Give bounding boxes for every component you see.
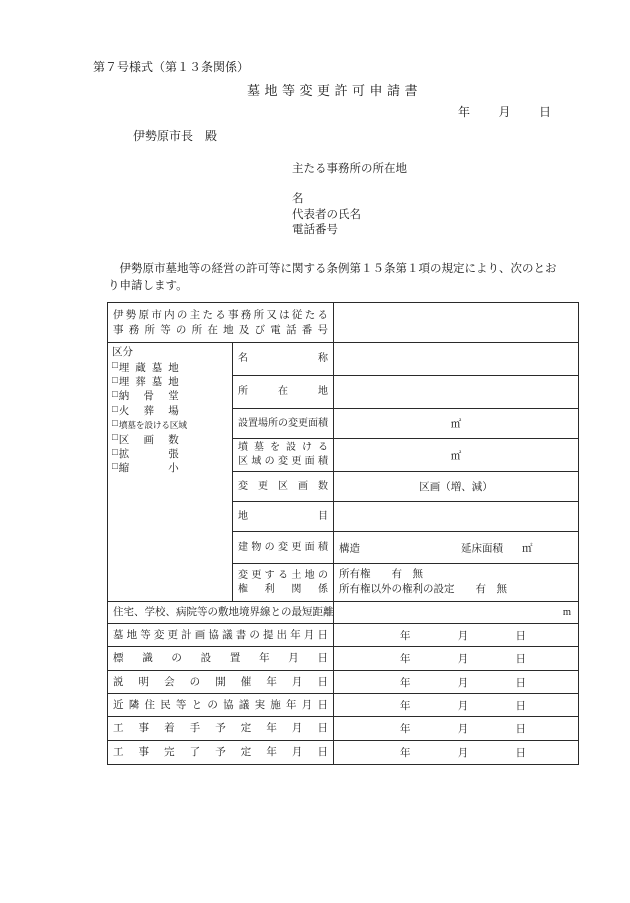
checkbox-item-grave-zone[interactable]: □ 墳墓を設ける区域: [112, 418, 227, 432]
grave-zone-value-field[interactable]: ㎡: [334, 439, 578, 472]
location-row-label: 所在地: [233, 376, 334, 409]
day-label: 日: [516, 675, 527, 690]
building-value-field[interactable]: 構造 延床面積 ㎡: [334, 532, 578, 564]
checkbox-icon[interactable]: □: [112, 463, 118, 473]
checkbox-icon[interactable]: □: [112, 420, 118, 430]
day-label: 日: [516, 698, 527, 713]
checkbox-label: 縮小: [119, 460, 179, 475]
office-row-label-line1: 伊勢原市内の主たる事務所又は従たる: [113, 308, 328, 323]
year-label: 年: [400, 698, 411, 713]
land-rights-row-label: 変更する土地の 権利関係: [233, 564, 334, 602]
year-label: 年: [400, 628, 411, 643]
application-date-line: 年 月 日: [458, 105, 551, 119]
office-row-label: 伊勢原市内の主たる事務所又は従たる 事務所等の所在地及び電話番号: [108, 303, 334, 343]
checkbox-label: 墳墓を設ける区域: [119, 418, 187, 431]
month-label: 月: [458, 651, 469, 666]
ownership-option-line: 所有権 有 無: [339, 568, 578, 583]
checkbox-label: 埋蔵墓地: [119, 360, 179, 375]
meter-unit: m: [563, 607, 571, 618]
row-briefing-date-field[interactable]: 年 月 日: [334, 671, 578, 694]
office-row-value-field[interactable]: [334, 303, 578, 343]
floor-area-label: 延床面積: [461, 540, 503, 555]
square-meter-unit: ㎡: [522, 540, 533, 555]
date-month-label: 月: [498, 105, 510, 119]
row-construction-start-date-label: 工事着手予定年月日: [108, 717, 334, 741]
plot-count-row-label: 変更区画数: [233, 472, 334, 502]
addressee: 伊勢原市長 殿: [133, 129, 217, 143]
checkbox-item-ossuary[interactable]: □ 納骨堂: [112, 389, 227, 403]
building-row-label: 建物の変更面積: [233, 532, 334, 564]
checkbox-icon[interactable]: □: [112, 434, 118, 444]
day-label: 日: [516, 628, 527, 643]
category-cell: 区分 □ 埋蔵墓地 □ 埋葬墓地 □ 納骨堂 □ 火葬場 □ 墳墓を設ける区域: [108, 343, 233, 602]
checkbox-item-plot-count[interactable]: □ 区画数: [112, 432, 227, 446]
row-plan-submission-date-label: 墓地等変更計画協議書の提出年月日: [108, 624, 334, 647]
site-area-row-label: 設置場所の変更面積: [233, 409, 334, 439]
land-rights-value-field[interactable]: 所有権 有 無 所有権以外の権利の設定 有 無: [334, 564, 578, 602]
plot-count-unit-text: 区画（増、減）: [419, 479, 493, 494]
row-sign-installation-date-label: 標識の設置年月日: [108, 647, 334, 671]
date-year-label: 年: [458, 105, 470, 119]
month-label: 月: [458, 721, 469, 736]
day-label: 日: [516, 745, 527, 760]
month-label: 月: [458, 628, 469, 643]
land-category-value-field[interactable]: [334, 502, 578, 532]
grave-zone-row-label: 墳墓を設ける 区域の変更面積: [233, 439, 334, 472]
date-day-label: 日: [539, 105, 551, 119]
row-construction-completion-date-field[interactable]: 年 月 日: [334, 741, 578, 764]
checkbox-icon[interactable]: □: [112, 377, 118, 387]
applicant-phone-label: 電話番号: [292, 224, 338, 238]
row-sign-installation-date-field[interactable]: 年 月 日: [334, 647, 578, 671]
name-value-field[interactable]: [334, 343, 578, 376]
square-meter-unit: ㎡: [451, 416, 462, 431]
declaration-line-1: 伊勢原市墓地等の経営の許可等に関する条例第１５条第１項の規定により、次のとお: [108, 263, 557, 277]
checkbox-item-crematorium[interactable]: □ 火葬場: [112, 403, 227, 417]
applicant-office-address-label: 主たる事務所の所在地: [292, 163, 407, 177]
year-label: 年: [400, 651, 411, 666]
other-rights-option-line: 所有権以外の権利の設定 有 無: [339, 583, 578, 598]
application-table: 伊勢原市内の主たる事務所又は従たる 事務所等の所在地及び電話番号 区分 □ 埋蔵…: [107, 302, 579, 765]
checkbox-label: 埋葬墓地: [119, 374, 179, 389]
year-label: 年: [400, 721, 411, 736]
square-meter-unit: ㎡: [451, 448, 462, 463]
applicant-representative-label: 代表者の氏名: [292, 209, 361, 223]
row-residents-consultation-date-field[interactable]: 年 月 日: [334, 694, 578, 717]
row-briefing-date-label: 説明会の開催年月日: [108, 671, 334, 694]
month-label: 月: [458, 698, 469, 713]
land-category-row-label: 地目: [233, 502, 334, 532]
checkbox-label: 拡張: [119, 446, 179, 461]
plot-count-value-field[interactable]: 区画（増、減）: [334, 472, 578, 502]
row-construction-completion-date-label: 工事完了予定年月日: [108, 741, 334, 764]
checkbox-icon[interactable]: □: [112, 406, 118, 416]
office-row-label-line2: 事務所等の所在地及び電話番号: [113, 323, 328, 338]
year-label: 年: [400, 675, 411, 690]
min-distance-row-label: 住宅、学校、病院等の敷地境界線との最短距離: [108, 602, 334, 624]
form-number: 第７号様式（第１３条関係）: [93, 60, 249, 74]
year-label: 年: [400, 745, 411, 760]
checkbox-icon[interactable]: □: [112, 391, 118, 401]
declaration-line-2: り申請します。: [108, 280, 188, 294]
checkbox-icon[interactable]: □: [112, 362, 118, 372]
month-label: 月: [458, 745, 469, 760]
applicant-name-label: 名称: [292, 193, 630, 207]
checkbox-icon[interactable]: □: [112, 449, 118, 459]
structure-label: 構造: [339, 540, 360, 555]
row-construction-start-date-field[interactable]: 年 月 日: [334, 717, 578, 741]
min-distance-value-field[interactable]: m: [334, 602, 578, 624]
checkbox-label: 区画数: [119, 432, 179, 447]
month-label: 月: [458, 675, 469, 690]
document-title: 墓地等変更許可申請書: [247, 83, 422, 98]
checkbox-label: 火葬場: [119, 403, 179, 418]
name-row-label: 名称: [233, 343, 334, 376]
checkbox-label: 納骨堂: [119, 388, 179, 403]
row-plan-submission-date-field[interactable]: 年 月 日: [334, 624, 578, 647]
checkbox-item-expansion[interactable]: □ 拡張: [112, 446, 227, 460]
location-value-field[interactable]: [334, 376, 578, 409]
site-area-value-field[interactable]: ㎡: [334, 409, 578, 439]
checkbox-item-reduction[interactable]: □ 縮小: [112, 461, 227, 475]
day-label: 日: [516, 651, 527, 666]
checkbox-item-burial-cemetery[interactable]: □ 埋蔵墓地: [112, 360, 227, 374]
category-title: 区分: [112, 346, 227, 360]
checkbox-item-interment-cemetery[interactable]: □ 埋葬墓地: [112, 374, 227, 388]
row-residents-consultation-date-label: 近隣住民等との協議実施年月日: [108, 694, 334, 717]
day-label: 日: [516, 721, 527, 736]
application-form-page: 第７号様式（第１３条関係） 墓地等変更許可申請書 年 月 日 伊勢原市長 殿 主…: [0, 0, 630, 903]
